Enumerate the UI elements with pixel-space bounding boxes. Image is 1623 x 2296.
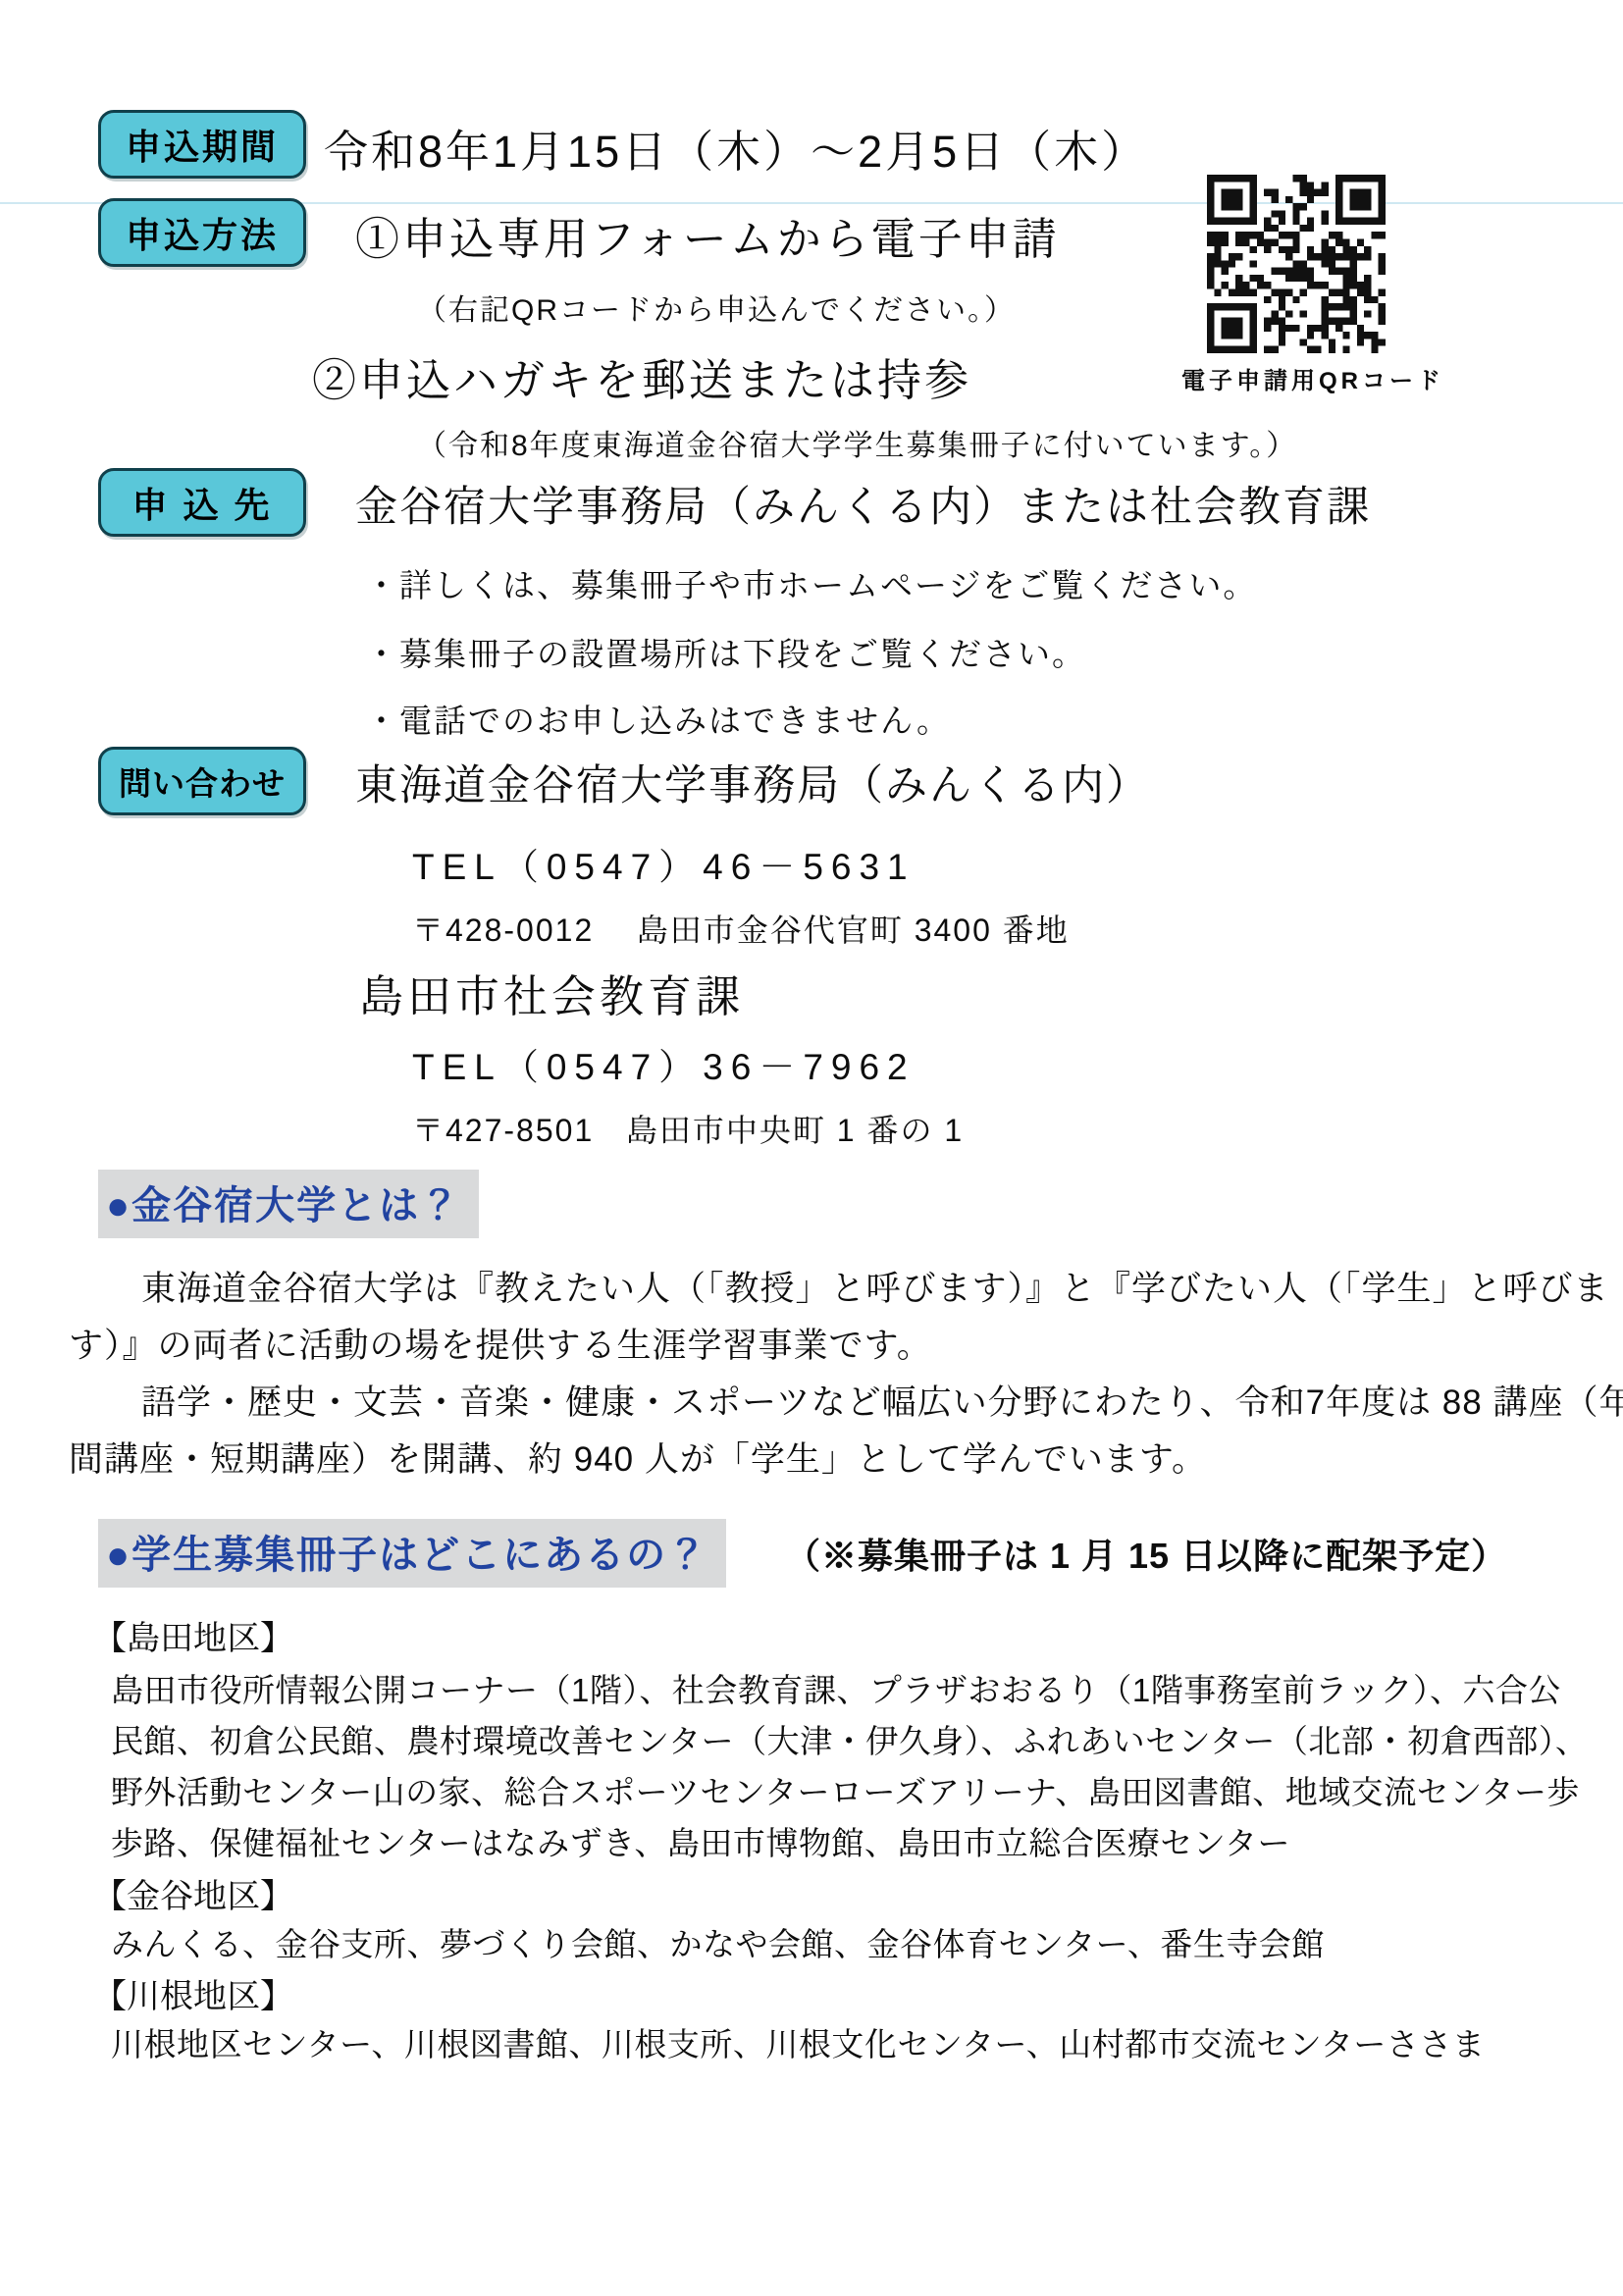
destination-text: 金谷宿大学事務局（みんくる内）または社会教育課 (355, 474, 1371, 534)
inquiry-office-1: 東海道金谷宿大学事務局（みんくる内） (355, 753, 1150, 812)
about-paragraph-line-1: 東海道金谷宿大学は『教えたい人（「教授」と呼びます）』と『学びたい人（「学生」と… (69, 1262, 1609, 1311)
district-shimada-heading: 【島田地区】 (93, 1611, 293, 1659)
inquiry-tel-2: TEL（0547）36－7962 (412, 1037, 916, 1090)
about-paragraph-line-3: 語学・歴史・文芸・音楽・健康・スポーツなど幅広い分野にわたり、令和7年度は 88… (69, 1376, 1623, 1425)
district-kawane-heading: 【川根地区】 (93, 1969, 293, 2017)
application-destination-tag-label: 申 込 先 (131, 478, 272, 528)
booklet-section-heading: ●学生募集冊子はどこにあるの？ (98, 1519, 726, 1588)
qr-code-image (1207, 175, 1386, 353)
inquiry-address-1: 〒428-0012 島田市金谷代官町 3400 番地 (412, 906, 1070, 951)
about-paragraph-line-2: す）』の両者に活動の場を提供する生涯学習事業です。 (69, 1319, 932, 1368)
method-item-1-note: （右記QRコードから申込んでください。） (417, 286, 1016, 329)
inquiry-tag: 問い合わせ (98, 747, 306, 815)
inquiry-address-2: 〒427-8501 島田市中央町 1 番の 1 (412, 1106, 964, 1151)
inquiry-tag-label: 問い合わせ (119, 758, 286, 805)
application-period-tag: 申込期間 (98, 110, 306, 179)
district-shimada-line-3: 野外活動センター山の家、総合スポーツセンターローズアリーナ、島田図書館、地域交流… (111, 1767, 1580, 1813)
district-kanaya-heading: 【金谷地区】 (93, 1869, 293, 1917)
district-kanaya-line-1: みんくる、金谷支所、夢づくり会館、かなや会館、金谷体育センター、番生寺会館 (111, 1919, 1325, 1965)
application-period-tag-label: 申込期間 (126, 120, 279, 170)
destination-note-1: ・詳しくは、募集冊子や市ホームページをご覧ください。 (365, 560, 1257, 606)
application-method-tag: 申込方法 (98, 198, 306, 267)
district-shimada-line-2: 民館、初倉公民館、農村環境改善センター（大津・伊久身）、ふれあいセンター（北部・… (111, 1716, 1588, 1762)
application-method-tag-label: 申込方法 (126, 208, 279, 258)
inquiry-tel-1: TEL（0547）46－5631 (412, 837, 916, 890)
about-section-heading: ●金谷宿大学とは？ (98, 1170, 479, 1238)
about-paragraph-line-4: 間講座・短期講座）を開講、約 940 人が「学生」として学んでいます。 (69, 1433, 1207, 1482)
inquiry-office-2: 島田市社会教育課 (359, 961, 744, 1024)
flyer-page: 申込期間 令和8年1月15日（木）～2月5日（木） 申込方法 ①申込専用フォーム… (0, 0, 1623, 2296)
method-item-1: ①申込専用フォームから電子申請 (355, 203, 1060, 267)
destination-note-3: ・電話でのお申し込みはできません。 (365, 696, 951, 742)
district-kawane-line-1: 川根地区センター、川根図書館、川根支所、川根文化センター、山村都市交流センターさ… (111, 2019, 1485, 2065)
method-item-2: ②申込ハガキを郵送または持参 (312, 344, 971, 408)
application-destination-tag: 申 込 先 (98, 468, 306, 537)
application-period-text: 令和8年1月15日（木）～2月5日（木） (324, 116, 1148, 180)
qr-caption: 電子申請用QRコード (1181, 361, 1444, 395)
booklet-note: （※募集冊子は 1 月 15 日以降に配架予定） (785, 1529, 1507, 1579)
district-shimada-line-1: 島田市役所情報公開コーナー（1階）、社会教育課、プラザおおるり（1階事務室前ラッ… (111, 1665, 1561, 1711)
destination-note-2: ・募集冊子の設置場所は下段をご覧ください。 (365, 629, 1086, 675)
method-item-2-note: （令和8年度東海道金谷宿大学学生募集冊子に付いています。） (417, 421, 1297, 464)
district-shimada-line-4: 歩路、保健福祉センターはなみずき、島田市博物館、島田市立総合医療センター (111, 1818, 1290, 1864)
